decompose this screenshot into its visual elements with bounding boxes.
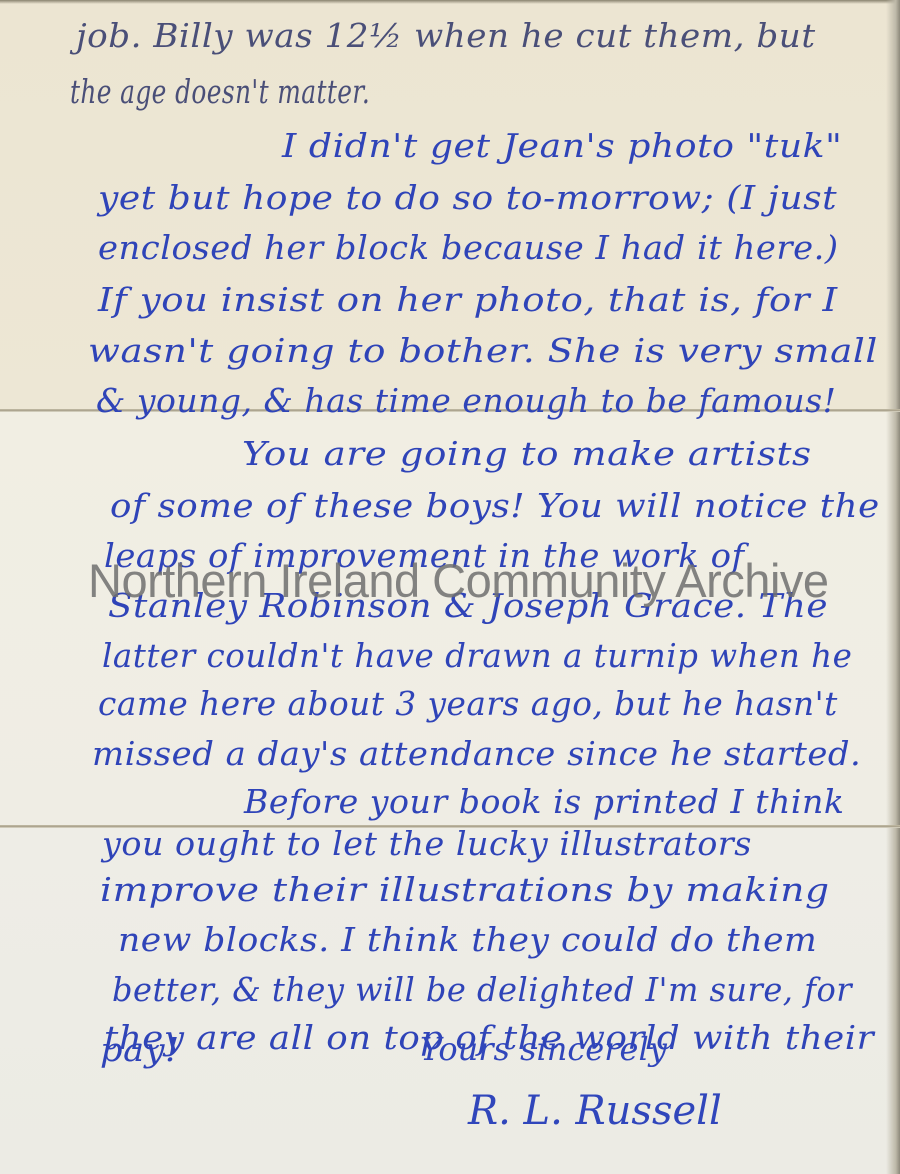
- letter-line-final: pay!: [100, 1030, 180, 1069]
- letter-signature: R. L. Russell: [468, 1088, 722, 1134]
- letter-closing: Yours sincerely: [420, 1030, 667, 1068]
- letter-page: job. Billy was 12½ when he cut them, but…: [0, 0, 900, 1174]
- letter-line: I didn't get Jean's photo "tuk": [282, 126, 842, 165]
- archive-watermark: Northern Ireland Community Archive: [88, 553, 829, 608]
- letter-line: the age doesn't matter.: [70, 72, 370, 111]
- paper-top-edge: [0, 0, 900, 4]
- letter-line: enclosed her block because I had it here…: [98, 228, 839, 267]
- letter-line: of some of these boys! You will notice t…: [110, 486, 880, 525]
- paper-right-edge: [886, 0, 900, 1174]
- letter-line: yet but hope to do so to-morrow; (I just: [98, 178, 837, 217]
- letter-line: came here about 3 years ago, but he hasn…: [98, 684, 838, 723]
- letter-line: Before your book is printed I think: [244, 782, 844, 821]
- letter-line: improve their illustrations by making: [100, 870, 830, 909]
- letter-line: missed a day's attendance since he start…: [92, 734, 861, 773]
- letter-line: If you insist on her photo, that is, for…: [98, 280, 838, 319]
- letter-line: & young, & has time enough to be famous!: [96, 381, 836, 420]
- letter-line: better, & they will be delighted I'm sur…: [112, 970, 852, 1009]
- letter-line: new blocks. I think they could do them: [118, 920, 817, 959]
- letter-line: latter couldn't have drawn a turnip when…: [102, 636, 852, 675]
- letter-line: wasn't going to bother. She is very smal…: [88, 331, 878, 370]
- letter-line: job. Billy was 12½ when he cut them, but: [76, 16, 816, 55]
- letter-line: you ought to let the lucky illustrators: [102, 824, 752, 863]
- letter-line: You are going to make artists: [242, 434, 812, 473]
